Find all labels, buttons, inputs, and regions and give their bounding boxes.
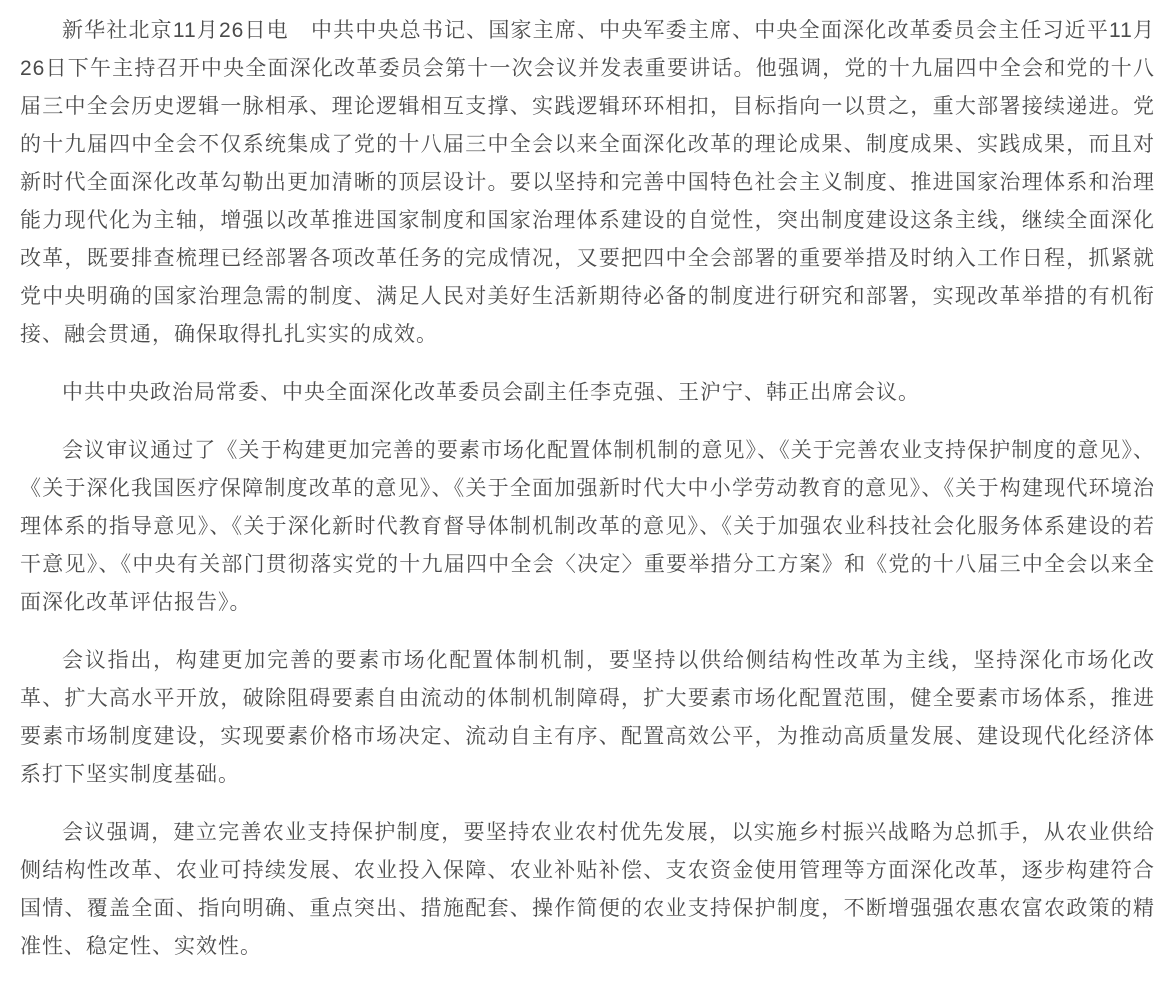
article-body: 新华社北京11月26日电 中共中央总书记、国家主席、中央军委主席、中央全面深化改… — [0, 0, 1172, 992]
paragraph-lead: 新华社北京11月26日电 中共中央总书记、国家主席、中央军委主席、中央全面深化改… — [20, 12, 1155, 354]
paragraph-documents-approved: 会议审议通过了《关于构建更加完善的要素市场化配置体制机制的意见》、《关于完善农业… — [20, 432, 1155, 622]
paragraph-attendees: 中共中央政治局常委、中央全面深化改革委员会副主任李克强、王沪宁、韩正出席会议。 — [20, 374, 1155, 412]
page: { "page": { "background_color": "#ffffff… — [0, 0, 1172, 992]
paragraph-meeting-emphasized: 会议强调，建立完善农业支持保护制度，要坚持农业农村优先发展，以实施乡村振兴战略为… — [20, 814, 1155, 966]
paragraph-meeting-pointed-out: 会议指出，构建更加完善的要素市场化配置体制机制，要坚持以供给侧结构性改革为主线，… — [20, 642, 1155, 794]
